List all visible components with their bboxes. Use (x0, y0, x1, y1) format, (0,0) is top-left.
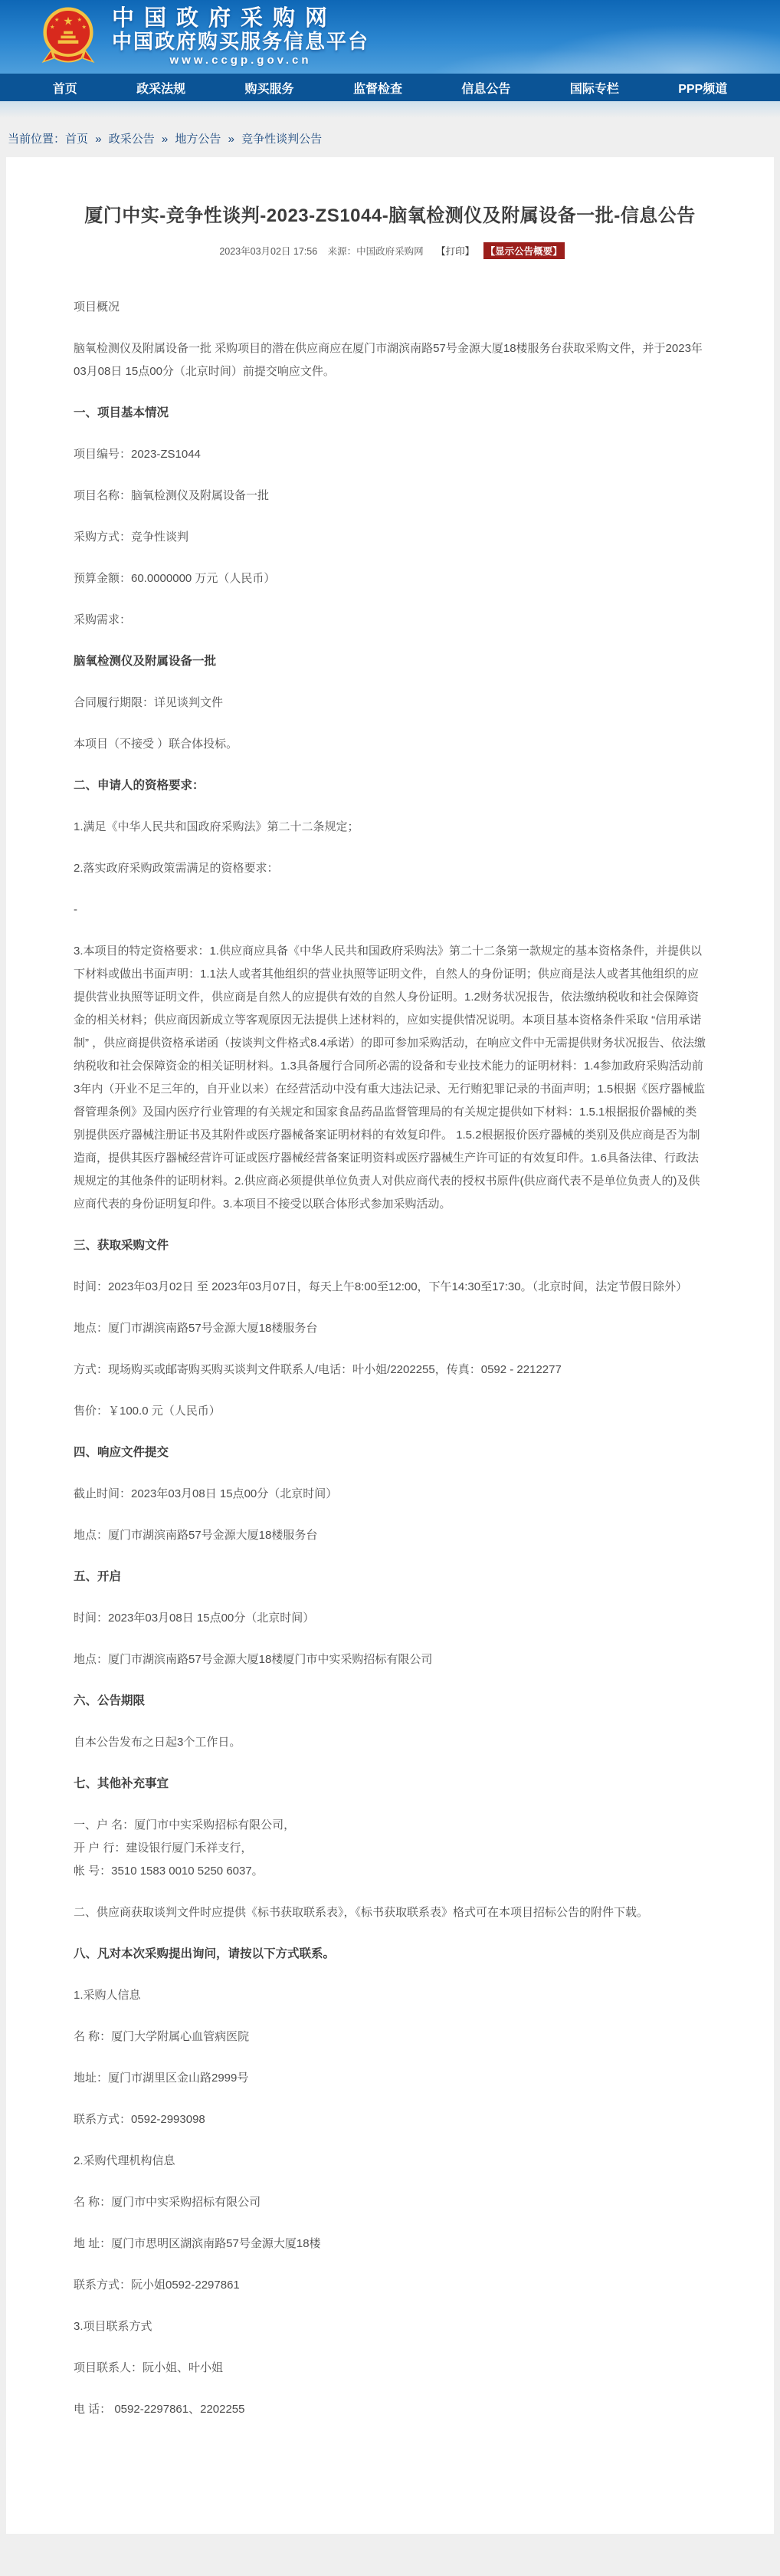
national-emblem-icon: ★ ★ ★ ★ ★ (40, 6, 97, 71)
body-paragraph: 时间：2023年03月08日 15点00分（北京时间） (74, 1607, 706, 1630)
body-paragraph: 联系方式：0592-2993098 (74, 2108, 706, 2131)
svg-text:★: ★ (54, 16, 60, 23)
body-paragraph: 地点：厦门市湖滨南路57号金源大厦18楼厦门市中实采购招标有限公司 (74, 1648, 706, 1671)
publish-datetime: 2023年03月02日 17:56 (219, 246, 317, 257)
body-paragraph: 时间：2023年03月02日 至 2023年03月07日，每天上午8:00至12… (74, 1276, 706, 1299)
breadcrumb-prefix: 当前位置： (8, 133, 65, 146)
body-paragraph: 地点：厦门市湖滨南路57号金源大厦18楼服务台 (74, 1317, 706, 1340)
breadcrumb-procurement-announcements[interactable]: 政采公告 (109, 133, 155, 146)
body-paragraph: 3.项目联系方式 (74, 2315, 706, 2338)
nav-item-announcements[interactable]: 信息公告 (461, 79, 510, 97)
body-paragraph: 1.采购人信息 (74, 1984, 706, 2007)
body-paragraph: 预算金额：60.0000000 万元（人民币） (74, 567, 706, 590)
body-paragraph: 售价：￥100.0 元（人民币） (74, 1400, 706, 1423)
body-paragraph: 电 话： 0592-2297861、2202255 (74, 2398, 706, 2421)
body-paragraph: 名 称：厦门市中实采购招标有限公司 (74, 2191, 706, 2214)
site-name: 中国政府采购网 (112, 7, 369, 31)
body-paragraph: 合同履行期限：详见谈判文件 (74, 692, 706, 715)
source-label: 来源：中国政府采购网 (328, 246, 424, 257)
article-meta: 2023年03月02日 17:56 来源：中国政府采购网 【打印】 【显示公告概… (74, 242, 706, 259)
body-paragraph: 项目联系人：阮小姐、叶小姐 (74, 2357, 706, 2380)
breadcrumb-separator: » (95, 133, 101, 146)
body-paragraph: 联系方式：阮小姐0592-2297861 (74, 2274, 706, 2297)
body-paragraph: 方式：现场购买或邮寄购买购买谈判文件联系人/电话：叶小姐/2202255，传真：… (74, 1359, 706, 1382)
body-paragraph: 名 称：厦门大学附属心血管病医院 (74, 2026, 706, 2049)
body-paragraph: 地址：厦门市湖里区金山路2999号 (74, 2067, 706, 2090)
breadcrumb-separator: » (162, 133, 168, 146)
body-paragraph: 地点：厦门市湖滨南路57号金源大厦18楼服务台 (74, 1524, 706, 1547)
body-paragraph: 项目名称：脑氧检测仪及附属设备一批 (74, 485, 706, 508)
body-paragraph: 采购方式：竞争性谈判 (74, 526, 706, 549)
body-paragraph: 3.本项目的特定资格要求：1.供应商应具备《中华人民共和国政府采购法》第二十二条… (74, 940, 706, 1216)
body-paragraph: - (74, 899, 706, 922)
body-paragraph: 2.落实政府采购政策需满足的资格要求： (74, 857, 706, 880)
show-summary-button[interactable]: 【显示公告概要】 (483, 242, 565, 259)
article-body: 项目概况脑氧检测仪及附属设备一批 采购项目的潜在供应商应在厦门市湖滨南路57号金… (74, 296, 706, 2421)
nav-fade-divider (0, 101, 780, 121)
breadcrumb-local-announcements[interactable]: 地方公告 (175, 133, 221, 146)
body-paragraph: 1.满足《中华人民共和国政府采购法》第二十二条规定； (74, 816, 706, 839)
breadcrumb-competitive-negotiation[interactable]: 竞争性谈判公告 (241, 133, 322, 146)
nav-item-supervision[interactable]: 监督检查 (353, 79, 402, 97)
nav-item-regulations[interactable]: 政采法规 (136, 79, 185, 97)
page-title: 厦门中实-竞争性谈判-2023-ZS1044-脑氧检测仪及附属设备一批-信息公告 (74, 200, 706, 227)
site-subtitle: 中国政府购买服务信息平台 (112, 31, 369, 52)
section-heading: 五、开启 (74, 1566, 706, 1589)
body-paragraph: 项目编号：2023-ZS1044 (74, 443, 706, 466)
nav-item-ppp-channel[interactable]: PPP频道 (678, 79, 727, 97)
breadcrumb: 当前位置：首页 » 政采公告 » 地方公告 » 竞争性谈判公告 (0, 121, 780, 157)
section-heading: 七、其他补充事宜 (74, 1773, 706, 1796)
announcement-panel: 厦门中实-竞争性谈判-2023-ZS1044-脑氧检测仪及附属设备一批-信息公告… (6, 157, 774, 2534)
nav-item-home[interactable]: 首页 (53, 79, 77, 97)
body-paragraph: 一、户 名：厦门市中实采购招标有限公司，开 户 行：建设银行厦门禾祥支行，帐 号… (74, 1814, 706, 1883)
svg-text:★: ★ (63, 15, 73, 28)
body-paragraph: 2.采购代理机构信息 (74, 2150, 706, 2173)
body-paragraph: 二、供应商获取谈判文件时应提供《标书获取联系表》，《标书获取联系表》格式可在本项… (74, 1901, 706, 1924)
site-header: ★ ★ ★ ★ ★ 中国政府采购网 中国政府购买服务信息平台 www.ccgp.… (0, 0, 780, 74)
section-heading: 三、获取采购文件 (74, 1234, 706, 1257)
page: ★ ★ ★ ★ ★ 中国政府采购网 中国政府购买服务信息平台 www.ccgp.… (0, 0, 780, 2534)
site-titles: 中国政府采购网 中国政府购买服务信息平台 www.ccgp.gov.cn (112, 7, 369, 67)
body-paragraph: 地 址：厦门市思明区湖滨南路57号金源大厦18楼 (74, 2233, 706, 2256)
section-heading: 一、项目基本情况 (74, 402, 706, 425)
section-heading: 脑氧检测仪及附属设备一批 (74, 650, 706, 673)
body-paragraph: 脑氧检测仪及附属设备一批 采购项目的潜在供应商应在厦门市湖滨南路57号金源大厦1… (74, 337, 706, 383)
body-paragraph: 本项目（不接受 ）联合体投标。 (74, 733, 706, 756)
section-heading: 八、凡对本次采购提出询问，请按以下方式联系。 (74, 1943, 706, 1966)
svg-text:★: ★ (50, 23, 55, 30)
body-paragraph: 采购需求： (74, 609, 706, 632)
nav-item-purchase-services[interactable]: 购买服务 (245, 79, 294, 97)
breadcrumb-separator: » (228, 133, 234, 146)
site-logo-group[interactable]: ★ ★ ★ ★ ★ 中国政府采购网 中国政府购买服务信息平台 www.ccgp.… (0, 0, 780, 74)
body-paragraph: 自本公告发布之日起3个工作日。 (74, 1731, 706, 1754)
section-heading: 四、响应文件提交 (74, 1441, 706, 1464)
site-url: www.ccgp.gov.cn (112, 54, 369, 67)
section-heading: 六、公告期限 (74, 1690, 706, 1713)
body-paragraph: 截止时间：2023年03月08日 15点00分（北京时间） (74, 1483, 706, 1506)
main-nav: 首页 政采法规 购买服务 监督检查 信息公告 国际专栏 PPP频道 (0, 74, 780, 101)
breadcrumb-home[interactable]: 首页 (65, 133, 88, 146)
nav-item-international[interactable]: 国际专栏 (570, 79, 619, 97)
svg-text:★: ★ (77, 16, 82, 23)
svg-text:★: ★ (81, 23, 87, 30)
print-button[interactable]: 【打印】 (436, 246, 474, 257)
body-paragraph: 项目概况 (74, 296, 706, 319)
section-heading: 二、申请人的资格要求： (74, 774, 706, 797)
